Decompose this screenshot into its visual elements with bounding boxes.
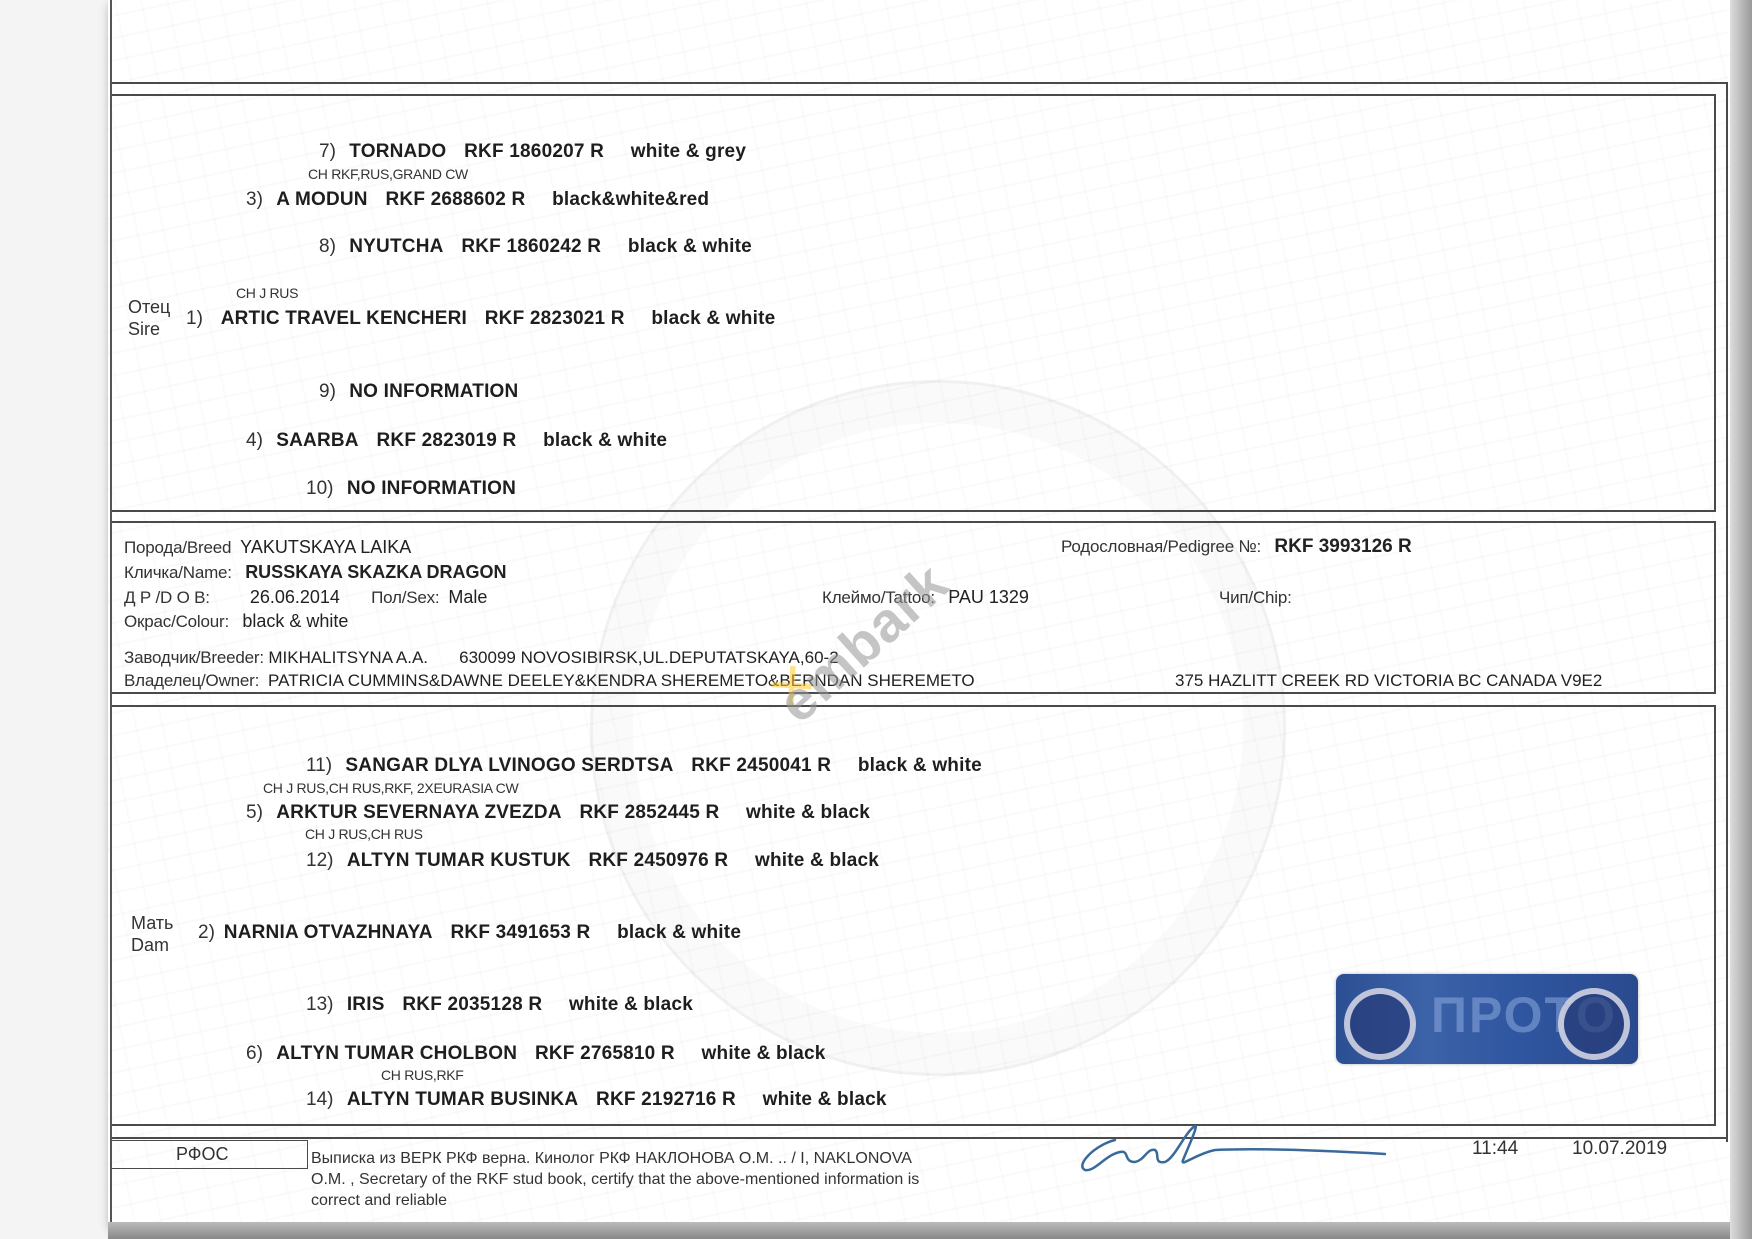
print-date: 10.07.2019 (1572, 1138, 1667, 1160)
pedigree-number-row: Родословная/Pedigree №: RKF 3993126 R (1061, 536, 1412, 558)
hologram-seal-left-icon (1344, 988, 1416, 1060)
ancestor-12: 12) ALTYN TUMAR KUSTUK RKF 2450976 R whi… (306, 850, 879, 872)
org-box-top (112, 1140, 308, 1141)
frame-top-outer (112, 82, 1727, 84)
frame-right-inner-3 (1714, 705, 1716, 1125)
section-divider-1a (112, 510, 1716, 512)
ancestor-12-titles: CH J RUS,CH RUS (305, 826, 423, 842)
page-shadow-right (1730, 0, 1752, 1239)
breeder-row: Заводчик/Breeder: MIKHALITSYNA A.A. 6300… (124, 648, 839, 668)
org-box-right (307, 1140, 308, 1169)
breed-row: Порода/Breed YAKUTSKAYA LAIKA (124, 537, 411, 558)
ancestor-3-titles: CH RKF,RUS,GRAND CW (308, 166, 468, 182)
ancestor-14-titles: CH RUS,RKF (381, 1067, 464, 1083)
ancestor-14: 14) ALTYN TUMAR BUSINKA RKF 2192716 R wh… (306, 1089, 887, 1111)
ancestor-8: 8) NYUTCHA RKF 1860242 R black & white (319, 236, 752, 258)
section-divider-2a (112, 692, 1716, 694)
frame-right-inner-1 (1714, 94, 1716, 510)
ancestor-9: 9) NO INFORMATION (319, 381, 518, 403)
org-name: РФОС (176, 1144, 229, 1165)
certification-text: Выписка из ВЕРК РКФ верна. Кинолог РКФ Н… (311, 1148, 919, 1211)
hologram-seal-right-icon (1558, 988, 1630, 1060)
ancestor-1-titles: CH J RUS (236, 285, 298, 301)
dob-row: Д Р /D O B: 26.06.2014 Пол/Sex: Male (124, 587, 487, 608)
section-divider-3a (112, 1124, 1716, 1126)
print-time: 11:44 (1472, 1138, 1518, 1160)
ancestor-2-dam: 2) NARNIA OTVAZHNAYA RKF 3491653 R black… (198, 922, 741, 944)
frame-right-outer (1726, 82, 1728, 1142)
signature (1075, 1120, 1405, 1180)
sire-label: Отец Sire (128, 296, 170, 340)
ancestor-1-sire: 1) ARTIC TRAVEL KENCHERI RKF 2823021 R b… (186, 308, 775, 330)
owner-address: 375 HAZLITT CREEK RD VICTORIA BC CANADA … (1175, 671, 1602, 691)
ancestor-7: 7) TORNADO RKF 1860207 R white & grey (319, 141, 746, 163)
ancestor-5-titles: CH J RUS,CH RUS,RKF, 2XEURASIA CW (263, 780, 518, 796)
section-divider-2b (112, 705, 1716, 707)
chip-row: Чип/Chip: (1219, 587, 1296, 608)
frame-top-inner (112, 94, 1714, 96)
ancestor-10: 10) NO INFORMATION (306, 478, 516, 500)
faded-seal-stamp (590, 380, 1286, 1076)
ancestor-3: 3) A MODUN RKF 2688602 R black&white&red (246, 189, 709, 211)
ancestor-6: 6) ALTYN TUMAR CHOLBON RKF 2765810 R whi… (246, 1043, 826, 1065)
frame-right-inner-2 (1714, 521, 1716, 693)
ancestor-13: 13) IRIS RKF 2035128 R white & black (306, 994, 693, 1016)
page-edge (110, 0, 112, 1239)
name-row: Кличка/Name: RUSSKAYA SKAZKA DRAGON (124, 562, 507, 583)
dam-label: Мать Dam (131, 912, 173, 956)
page-shadow-bottom (108, 1222, 1730, 1239)
hologram-sticker: ПРОТО (1336, 974, 1638, 1064)
colour-row: Окрас/Colour: black & white (124, 611, 348, 632)
ancestor-5: 5) ARKTUR SEVERNAYA ZVEZDA RKF 2852445 R… (246, 802, 870, 824)
org-box-bottom (112, 1168, 308, 1169)
section-divider-1b (112, 521, 1716, 523)
ancestor-11: 11) SANGAR DLYA LVINOGO SERDTSA RKF 2450… (306, 755, 982, 777)
ancestor-4: 4) SAARBA RKF 2823019 R black & white (246, 430, 667, 452)
